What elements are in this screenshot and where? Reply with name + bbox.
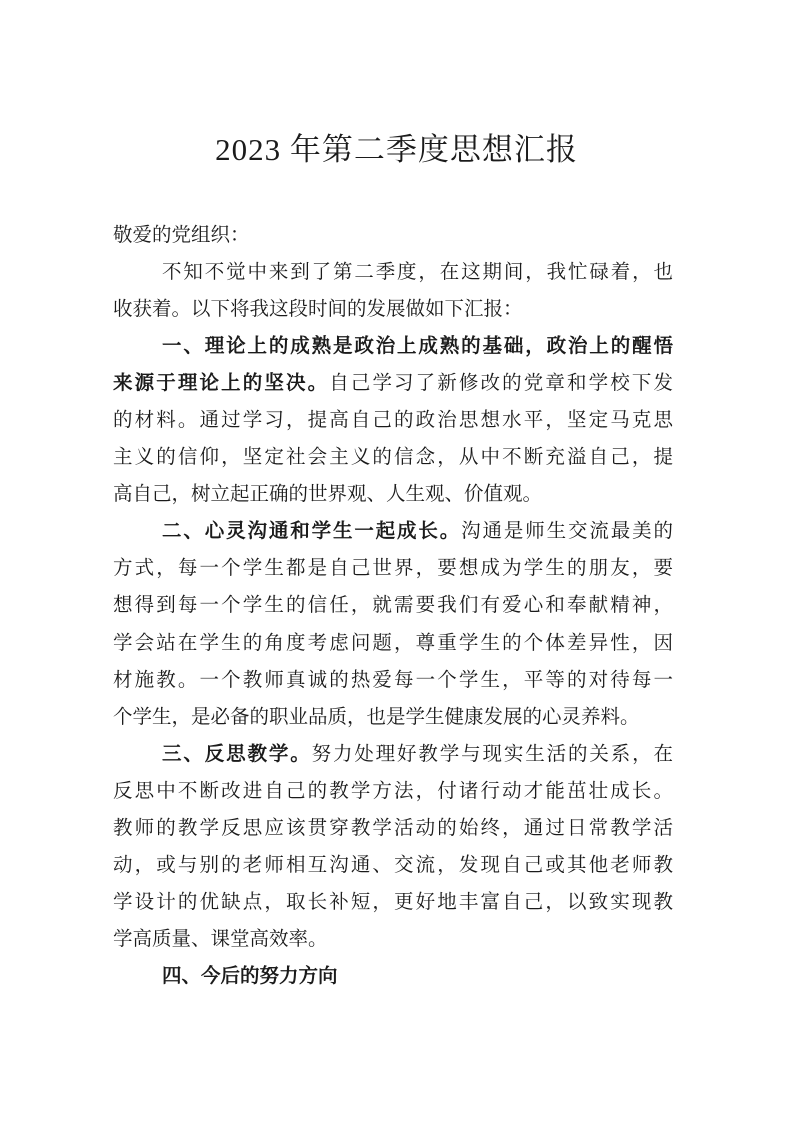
text-line: 学高质量、课堂高效率。 <box>113 921 673 958</box>
text-line: 材施教。一个教师真诚的热爱每一个学生，平等的对待每一 <box>113 662 673 699</box>
text-line: 收获着。以下将我这段时间的发展做如下汇报： <box>113 291 673 328</box>
bold-text-segment: 二、心灵沟通和学生一起成长。 <box>162 520 461 542</box>
text-segment: 想得到每一个学生的信任，就需要我们有爱心和奉献精神， <box>113 595 673 616</box>
document-page: 2023 年第二季度思想汇报 敬爱的党组织：不知不觉中来到了第二季度，在这期间，… <box>0 0 793 1122</box>
text-line: 主义的信仰，坚定社会主义的信念，从中不断充溢自己，提 <box>113 439 673 476</box>
document-title: 2023 年第二季度思想汇报 <box>0 131 793 169</box>
text-line: 不知不觉中来到了第二季度，在这期间，我忙碌着，也 <box>113 254 673 291</box>
text-line: 敬爱的党组织： <box>113 217 673 254</box>
text-line: 反思中不断改进自己的教学方法，付诸行动才能茁壮成长。 <box>113 773 673 810</box>
text-line: 动，或与别的老师相互沟通、交流，发现自己或其他老师教 <box>113 847 673 884</box>
text-line: 一、理论上的成熟是政治上成熟的基础，政治上的醒悟 <box>113 328 673 365</box>
text-segment: 敬爱的党组织： <box>113 225 250 246</box>
text-line: 教师的教学反思应该贯穿教学活动的始终，通过日常教学活 <box>113 810 673 847</box>
text-segment: 自己学习了新修改的党章和学校下发 <box>329 373 673 394</box>
text-segment: 方式，每一个学生都是自己世界，要想成为学生的朋友，要 <box>113 558 673 579</box>
text-line: 学设计的优缺点，取长补短，更好地丰富自己，以致实现教 <box>113 884 673 921</box>
text-line: 方式，每一个学生都是自己世界，要想成为学生的朋友，要 <box>113 550 673 587</box>
text-line: 想得到每一个学生的信任，就需要我们有爱心和奉献精神， <box>113 587 673 624</box>
text-line: 来源于理论上的坚决。自己学习了新修改的党章和学校下发 <box>113 365 673 402</box>
text-segment: 动，或与别的老师相互沟通、交流，发现自己或其他老师教 <box>113 855 673 876</box>
text-segment: 不知不觉中来到了第二季度，在这期间，我忙碌着，也 <box>162 262 673 283</box>
text-segment: 主义的信仰，坚定社会主义的信念，从中不断充溢自己，提 <box>113 447 673 468</box>
bold-text-segment: 四、今后的努力方向 <box>162 965 338 987</box>
text-line: 个学生，是必备的职业品质，也是学生健康发展的心灵养料。 <box>113 699 673 736</box>
text-segment: 努力处理好教学与现实生活的关系，在 <box>312 744 673 765</box>
bold-text-segment: 一、理论上的成熟是政治上成熟的基础，政治上的醒悟 <box>162 335 673 357</box>
text-segment: 的材料。通过学习，提高自己的政治思想水平，坚定马克思 <box>113 410 673 431</box>
text-segment: 学会站在学生的角度考虑问题，尊重学生的个体差异性，因 <box>113 633 673 654</box>
text-segment: 收获着。以下将我这段时间的发展做如下汇报： <box>113 299 523 320</box>
text-segment: 学设计的优缺点，取长补短，更好地丰富自己，以致实现教 <box>113 892 673 913</box>
text-segment: 高自己，树立起正确的世界观、人生观、价值观。 <box>113 484 542 505</box>
text-segment: 材施教。一个教师真诚的热爱每一个学生，平等的对待每一 <box>113 670 673 691</box>
text-segment: 沟通是师生交流最美的 <box>461 521 673 542</box>
document-body: 敬爱的党组织：不知不觉中来到了第二季度，在这期间，我忙碌着，也收获着。以下将我这… <box>113 217 673 995</box>
bold-text-segment: 三、反思教学。 <box>162 743 312 765</box>
text-line: 高自己，树立起正确的世界观、人生观、价值观。 <box>113 476 673 513</box>
bold-text-segment: 来源于理论上的坚决。 <box>113 372 329 394</box>
text-line: 的材料。通过学习，提高自己的政治思想水平，坚定马克思 <box>113 402 673 439</box>
text-segment: 个学生，是必备的职业品质，也是学生健康发展的心灵养料。 <box>113 707 640 728</box>
text-line: 三、反思教学。努力处理好教学与现实生活的关系，在 <box>113 736 673 773</box>
text-segment: 学高质量、课堂高效率。 <box>113 929 328 950</box>
text-line: 四、今后的努力方向 <box>113 958 673 995</box>
text-line: 学会站在学生的角度考虑问题，尊重学生的个体差异性，因 <box>113 625 673 662</box>
text-line: 二、心灵沟通和学生一起成长。沟通是师生交流最美的 <box>113 513 673 550</box>
text-segment: 教师的教学反思应该贯穿教学活动的始终，通过日常教学活 <box>113 818 673 839</box>
text-segment: 反思中不断改进自己的教学方法，付诸行动才能茁壮成长。 <box>113 781 673 802</box>
